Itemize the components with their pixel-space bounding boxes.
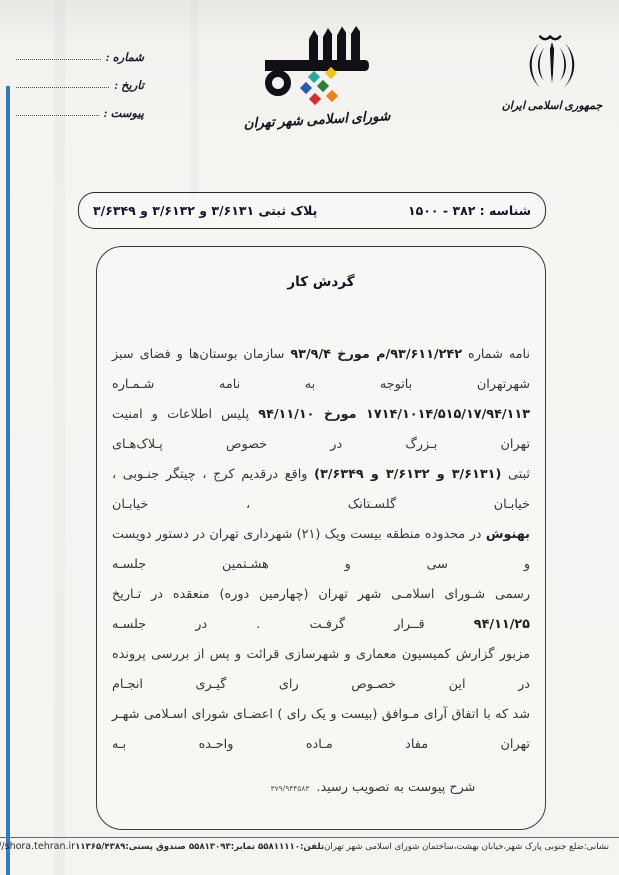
body-line-3: ثبتی (۳/۶۱۳۱ و ۳/۶۱۳۲ و ۳/۶۳۴۹) واقع درق… [112, 460, 530, 520]
footer-address: نشانی:ضلع جنوبی پارک شهر،خیابان بهشت،ساخ… [324, 842, 609, 852]
scanned-letter-page: { "letterhead": { "fields": [ { "label":… [0, 0, 619, 875]
tehran-council-logo-icon [233, 26, 401, 110]
footer: نشانی:ضلع جنوبی پارک شهر،خیابان بهشت،ساخ… [0, 841, 619, 852]
iran-emblem-block: جمهوری اسلامی ایران [492, 30, 612, 112]
line-street-name: بهنوش [486, 527, 530, 542]
registration-plaques: پلاک ثبتی ۳/۶۱۳۱ و ۳/۶۱۳۲ و ۳/۶۳۴۹ [93, 203, 317, 218]
footer-contact-numbers: تلفن:۵۵۸۱۱۱۱۰ نمابر:۵۵۸۱۳۰۹۳ صندوق پستی:… [75, 842, 324, 852]
field-attachment-label: پیوست : [104, 106, 144, 120]
archive-annotation-number: ۳۷۹/۹۴۴۵۸۳ [271, 784, 310, 793]
shenase-value: شناسه : ۳۸۲ - ۱۵۰۰ [408, 203, 531, 218]
council-logo-block: شورای اسلامی شهر تهران [233, 26, 401, 128]
body-line-8: شرح پیوست به تصویب رسید.۳۷۹/۹۴۴۵۸۳ [164, 773, 582, 804]
iran-caption: جمهوری اسلامی ایران [492, 99, 612, 112]
body-line-1: نامه شماره ۹۳/۶۱۱/۲۴۲/م مورخ ۹۳/۹/۴ سازم… [112, 340, 530, 400]
reference-fields: شماره : تاریخ : پیوست : [14, 36, 144, 120]
workflow-box: گردش کار نامه شماره ۹۳/۶۱۱/۲۴۲/م مورخ ۹۳… [96, 246, 546, 830]
document-title: گردش کار [97, 274, 545, 290]
body-line-2: ۱۷۱۴/۱۰۱۴/۵۱۵/۱۷/۹۴/۱۱۳ مورخ ۹۴/۱۱/۱۰ پل… [112, 400, 530, 460]
line-text: شد که با اتفاق آرای مـوافق (بیست و یک را… [112, 707, 530, 752]
scan-artifact-band [54, 0, 65, 875]
line-text: رسمی شـورای اسلامـی شهر تهران (چهارمین د… [112, 587, 530, 602]
line-ref-number: ۹۳/۶۱۱/۲۴۲/م مورخ ۹۳/۹/۴ [290, 347, 462, 362]
line-session-date: ۹۴/۱۱/۲۵ [474, 617, 530, 632]
field-attachment: پیوست : [14, 92, 144, 120]
line-text: مزبور گزارش کمیسیون معماری و شهرسازی قرا… [112, 647, 530, 692]
field-number-label: شماره : [106, 50, 144, 64]
closing-sentence: شرح پیوست به تصویب رسید. [316, 780, 475, 795]
field-number: شماره : [14, 36, 144, 64]
line-plaque-numbers: (۳/۶۱۳۱ و ۳/۶۱۳۲ و ۳/۶۳۴۹) [314, 467, 501, 482]
body-line-7: شد که با اتفاق آرای مـوافق (بیست و یک را… [112, 700, 530, 760]
iran-coat-of-arms-icon [492, 30, 612, 96]
field-attachment-dotted-line [16, 114, 99, 116]
field-date-dotted-line [16, 86, 109, 88]
line-ref-number: ۱۷۱۴/۱۰۱۴/۵۱۵/۱۷/۹۴/۱۱۳ مورخ ۹۴/۱۱/۱۰ [258, 407, 530, 422]
line-text: در محدوده منطقه بیست ویک (۲۱) شهرداری ته… [112, 527, 530, 572]
council-name-calligraphy: شورای اسلامی شهر تهران [233, 108, 402, 133]
body-line-4: بهنوش در محدوده منطقه بیست ویک (۲۱) شهرد… [112, 520, 530, 580]
footer-divider [0, 837, 619, 838]
body-line-5: رسمی شـورای اسلامـی شهر تهران (چهارمین د… [112, 580, 530, 640]
field-date-label: تاریخ : [114, 78, 144, 92]
field-date: تاریخ : [14, 64, 144, 92]
field-number-dotted-line [16, 58, 101, 60]
body-line-6: مزبور گزارش کمیسیون معماری و شهرسازی قرا… [112, 640, 530, 700]
line-text: نامه شماره [462, 347, 530, 362]
line-text: قــرار گرفـت . در جلسـه [112, 617, 474, 632]
scan-edge-stripe [6, 86, 10, 875]
id-bar: شناسه : ۳۸۲ - ۱۵۰۰ پلاک ثبتی ۳/۶۱۳۱ و ۳/… [78, 192, 546, 229]
footer-website-url: http://shora.tehran.ir [0, 841, 75, 852]
scan-artifact-band [190, 0, 198, 200]
document-body: نامه شماره ۹۳/۶۱۱/۲۴۲/م مورخ ۹۳/۹/۴ سازم… [112, 340, 530, 804]
line-text: ثبتی [501, 467, 530, 482]
